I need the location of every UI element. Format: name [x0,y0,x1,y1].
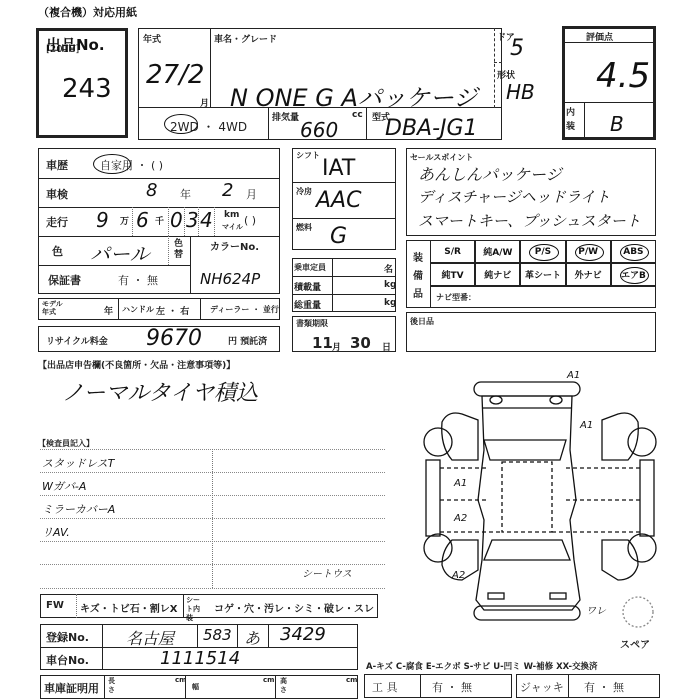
displacement-value: 660 [300,118,338,142]
color-value: パール [90,238,150,267]
mileage-man-unit: 万 [120,214,129,227]
docs-day-unit: 日 [382,340,391,353]
seller-notes-text: ノーマルタイヤ積込 [62,376,258,407]
mileage-sen-unit: 千 [155,214,164,227]
reg-city: 名古屋 [126,626,174,649]
usage-label: 車歴 [46,157,68,173]
seller-notes-label: 【出品店申告欄(不良箇所・欠品・注意事項等)】 [38,358,235,371]
displacement-unit: cc [352,110,363,120]
reg-kana: あ [244,626,260,649]
ac-label: 冷房 [296,186,312,197]
header-subtitle: （複合機）対応用紙 [38,4,137,20]
damage-mark-rear-right: A1 [580,420,593,431]
mileage-man: 9 [96,208,109,232]
score-overall: 4.5 [596,56,650,96]
seat-label: シート内装 [186,596,206,623]
inspection-label: 車検 [46,186,68,202]
sales-point-line-3: スマートキー、プッシュスタート [418,210,641,231]
equipment-circled-mark [620,244,649,261]
reg-label: 登録No. [46,629,89,645]
capacity-unit: 名 [384,262,393,275]
lot-year-tag: [2018] [46,44,79,55]
reg-class: 583 [203,626,232,644]
load-unit: kg [384,280,396,290]
jack-options: 有 ・ 無 [584,679,624,695]
mileage-digit-1: 0 [170,208,183,232]
gross-unit: kg [384,298,396,308]
recycle-suffix: 円 預託済 [228,334,267,347]
width-label: 幅 [192,682,199,692]
sales-point-line-1: あんしんパッケージ [418,162,562,185]
mileage-unit-mile: マイル [222,222,243,232]
handle-options: 左 ・ 右 [156,304,189,317]
color-no-label: カラーNo. [210,238,259,253]
damage-mark-rear-bumper: A1 [567,370,580,381]
shift-label: シフト [296,150,320,161]
inspector-line-2: Wガバ-A [42,478,86,494]
doors-value: 5 [510,36,524,61]
mileage-unit-km: km [224,210,239,220]
equipment-item: 革シート [520,263,565,286]
docs-label: 書類期限 [296,318,328,329]
damage-mark-left-front-door: A2 [454,513,467,524]
equipment-circled-mark [575,244,604,261]
equipment-item: S/R [430,240,475,263]
navi-model-label: ナビ型番： [436,292,476,303]
fuel-value: G [330,224,347,249]
later-items-box [406,312,656,352]
model-code-value: DBA-JG1 [385,116,478,141]
inspection-month: 2 [222,180,233,201]
shape-value: HB [506,80,535,104]
fw-options: キズ・トビ石・割レX [80,600,178,615]
tools-label: 工 具 [372,679,398,695]
chassis-value: 1111514 [160,648,240,669]
lot-number: 243 [62,74,112,104]
dealer-options: ディーラー ・ 並行 [210,304,279,315]
equipment-label: 装備品 [413,250,423,304]
gross-label: 総重量 [294,298,321,311]
mileage-sen: 6 [136,208,149,232]
tools-options: 有 ・ 無 [432,679,472,695]
load-label: 積載量 [294,280,321,293]
month-suffix: 月 [200,96,209,109]
fuel-label: 燃料 [296,222,312,233]
model-year-label: モデル年式 [42,300,66,316]
equipment-item: 純TV [430,263,475,286]
spare-label: スペア [620,636,650,651]
equipment-circled-mark [529,244,558,261]
length-label: 長さ [108,677,116,695]
name-label: 車名・グレード [214,32,277,45]
color-no-value: NH624P [200,270,260,288]
reg-number: 3429 [280,624,326,645]
model-year-unit: 年 [104,304,113,317]
docs-day: 30 [350,334,371,352]
equipment-item: エアB [611,263,656,286]
equipment-item: ABS [611,240,656,263]
interior-value: B [610,112,624,136]
height-label: 高さ [280,677,288,695]
length-unit: cm [175,676,186,684]
warranty-label: 保証書 [48,272,81,288]
equipment-item: P/W [566,240,611,263]
ac-value: AAC [316,188,361,213]
fw-label: FW [46,600,64,611]
seat-options: コゲ・穴・汚レ・シミ・破レ・スレ [214,600,374,615]
docs-month: 11 [312,334,333,352]
damage-mark-left-front-fender: A2 [452,570,465,581]
width-unit: cm [263,676,274,684]
equipment-item: P/S [520,240,565,263]
inspector-seat-note: シートウス [302,565,352,580]
drive-selected-circle [164,114,198,134]
equipment-item: 純A/W [475,240,520,263]
damage-mark-left-rear-door: A1 [454,478,467,489]
damage-legend: A-キズ C-腐食 E-エクボ S-サビ U-凹ミ W-補修 XX-交換済 [366,660,598,672]
color-label: 色 [52,243,63,259]
inspector-line-3: ミラーカバーA [42,501,115,517]
inspection-year: 8 [146,180,157,201]
docs-month-unit: 月 [332,340,341,353]
name-value: N ONE G Aパッケージ [230,78,477,113]
year-label: 年式 [143,32,161,45]
inspection-year-unit: 年 [180,186,191,202]
capacity-label: 乗車定員 [294,262,326,273]
inspection-month-unit: 月 [246,186,257,202]
damage-mark-front-bumper: ワレ [586,602,606,617]
inspector-line-1: スタッドレスT [42,455,114,471]
mileage-digit-3: 4 [200,208,213,232]
equipment-item: 純ナビ [475,263,520,286]
usage-selected-circle [93,154,131,174]
year-value: 27/2 [146,60,204,90]
warranty-options: 有 ・ 無 [118,272,158,288]
height-unit: cm [346,676,357,684]
interior-label: 内装 [566,106,576,134]
jack-label: ジャッキ [520,679,564,695]
displacement-label: 排気量 [272,110,299,123]
inspector-label: 【検査員記入】 [38,438,94,449]
garage-label: 車庫証明用 [44,680,99,696]
sales-point-line-2: ディスチャージヘッドライト [418,186,610,207]
car-body-diagram [380,360,700,650]
score-label: 評価点 [586,30,613,43]
equipment-circled-mark [620,267,649,284]
shift-value: IAT [322,156,355,181]
handle-label: ハンドル [122,304,154,315]
recycle-label: リサイクル料金 [46,334,108,347]
color-change-label: 色替 [174,239,184,261]
mileage-paren: ( ) [244,214,256,227]
mileage-digit-2: 3 [186,208,199,232]
chassis-label: 車台No. [46,652,89,668]
equipment-item: 外ナビ [566,263,611,286]
inspector-line-4: リAV. [42,524,70,540]
recycle-value: 9670 [146,326,202,351]
mileage-label: 走行 [46,214,68,230]
later-items-label: 後日品 [410,316,434,327]
